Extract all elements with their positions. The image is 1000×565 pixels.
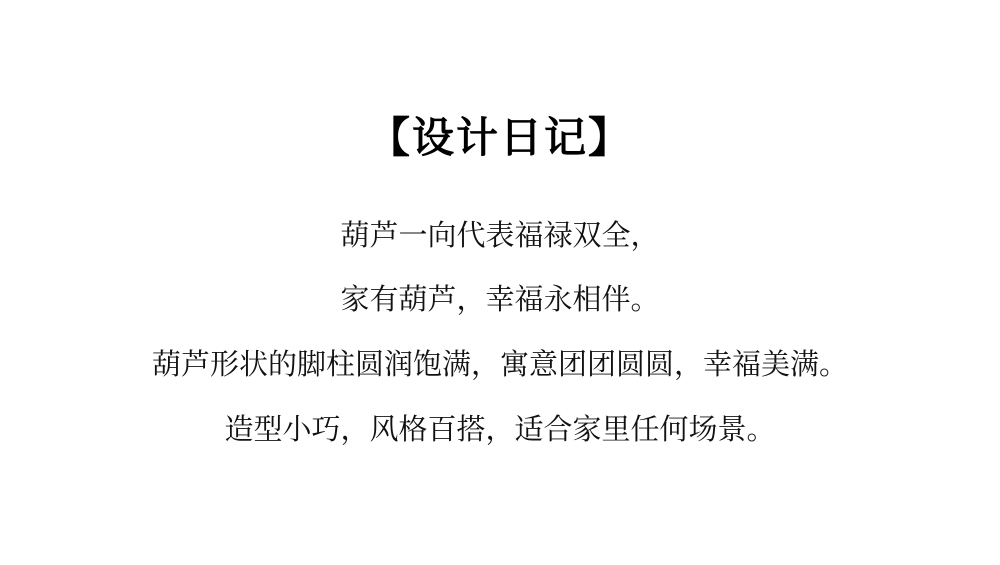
body-text-line-3: 葫芦形状的脚柱圆润饱满，寓意团团圆圆，幸福美满。: [0, 344, 1000, 384]
design-diary-page: 【设计日记】 葫芦一向代表福禄双全， 家有葫芦，幸福永相伴。 葫芦形状的脚柱圆润…: [0, 0, 1000, 565]
body-text-line-1: 葫芦一向代表福禄双全，: [0, 215, 1000, 255]
page-title: 【设计日记】: [0, 110, 1000, 166]
body-text-line-2: 家有葫芦，幸福永相伴。: [0, 279, 1000, 319]
body-text-line-4: 造型小巧，风格百搭，适合家里任何场景。: [0, 409, 1000, 449]
